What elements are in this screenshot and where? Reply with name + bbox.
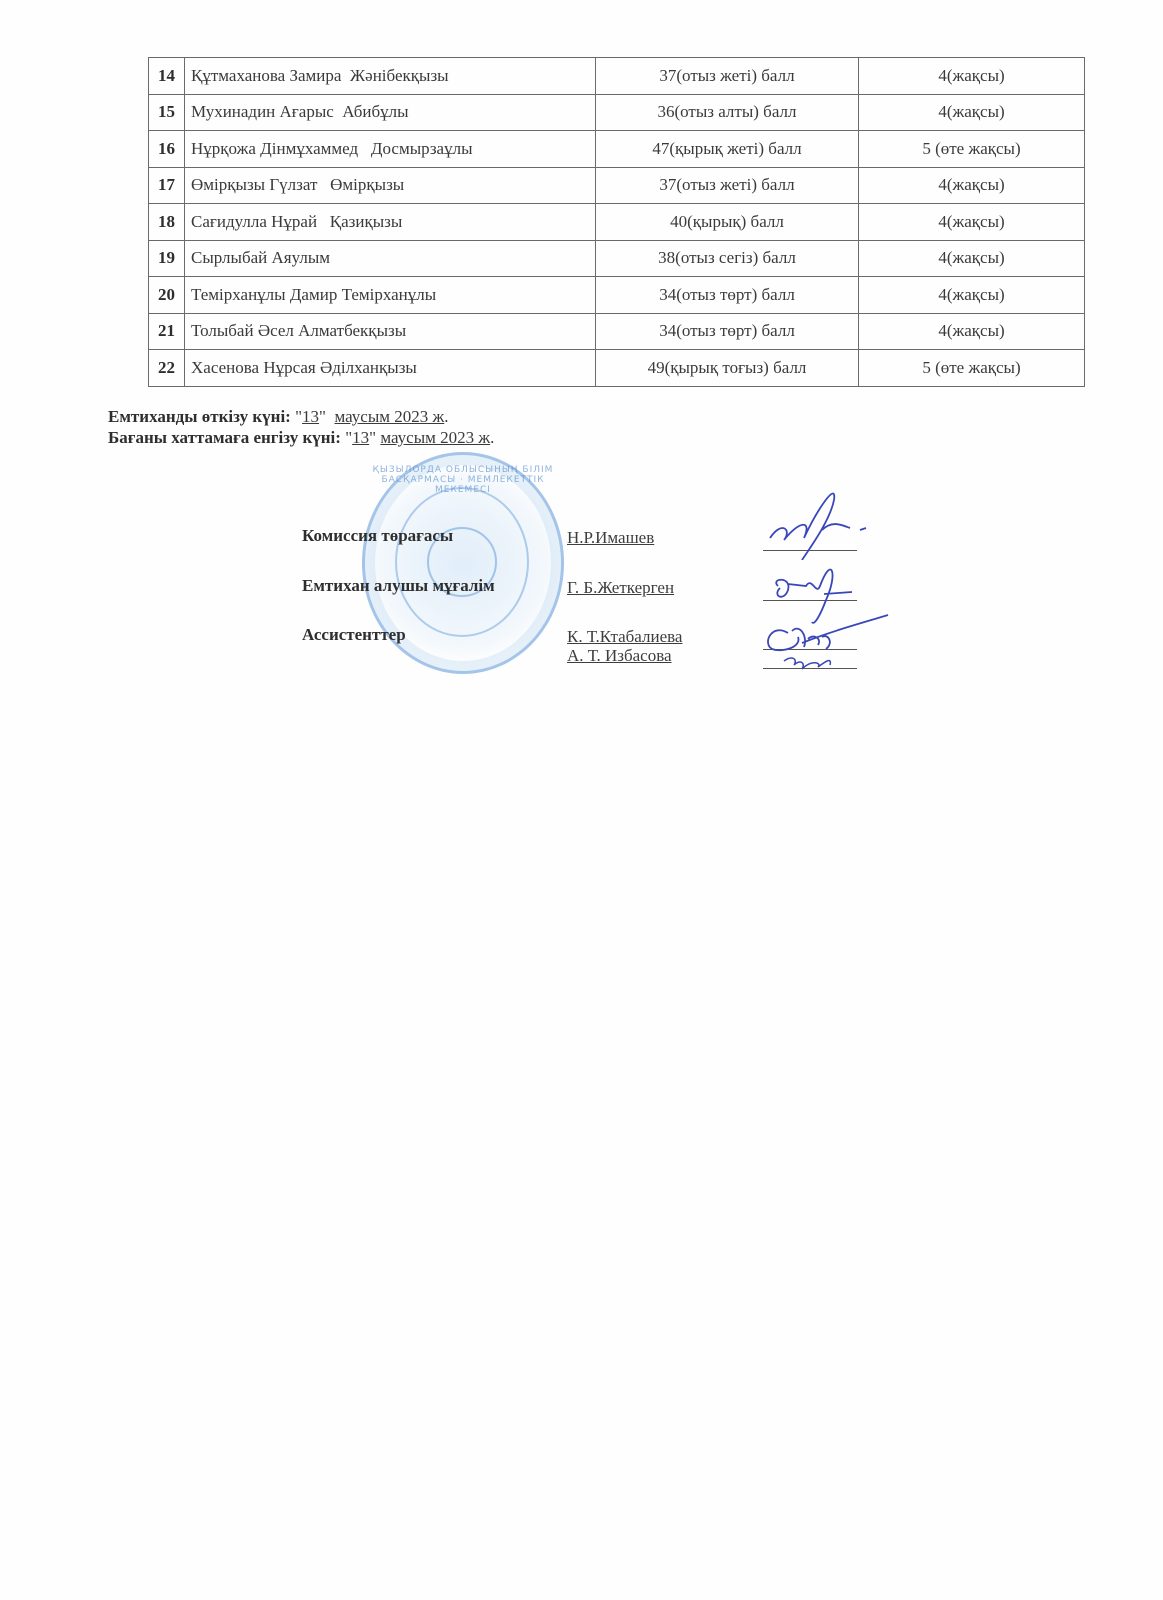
signature-role: Ассистенттер (302, 625, 406, 645)
dates-block: Емтиханды өткізу күні: "13" маусым 2023 … (108, 406, 494, 448)
signature-person: Г. Б.Жеткерген (567, 578, 674, 598)
table-row: 20Темірханұлы Дамир Темірханұлы34(отыз т… (149, 277, 1085, 314)
row-number: 14 (149, 58, 185, 95)
score-cell: 34(отыз төрт) балл (596, 277, 859, 314)
grade-cell: 4(жақсы) (859, 204, 1085, 241)
exam-date-month-year: маусым 2023 ж (334, 407, 444, 426)
signature-person: К. Т.Ктабалиева (567, 627, 682, 647)
signature-role: Комиссия төрағасы (302, 526, 453, 546)
student-name: Хасенова Нұрсая Әділханқызы (185, 350, 596, 387)
exam-date-label: Емтиханды өткізу күні: (108, 407, 291, 426)
signature-person: Н.Р.Имашев (567, 528, 654, 548)
grade-cell: 4(жақсы) (859, 240, 1085, 277)
grade-cell: 5 (өте жақсы) (859, 131, 1085, 168)
student-name: Толыбай Әсел Алматбекқызы (185, 313, 596, 350)
record-date-month-year: маусым 2023 ж (380, 428, 490, 447)
grade-cell: 5 (өте жақсы) (859, 350, 1085, 387)
score-cell: 34(отыз төрт) балл (596, 313, 859, 350)
row-number: 22 (149, 350, 185, 387)
score-cell: 38(отыз сегіз) балл (596, 240, 859, 277)
student-name: Сағидулла Нұрай Қазиқызы (185, 204, 596, 241)
handwritten-signature-icon (742, 490, 892, 560)
score-cell: 36(отыз алты) балл (596, 94, 859, 131)
row-number: 17 (149, 167, 185, 204)
table-row: 17Өмірқызы Гүлзат Өмірқызы37(отыз жеті) … (149, 167, 1085, 204)
grade-cell: 4(жақсы) (859, 94, 1085, 131)
table-row: 15Мухинадин Ағарыс Абибұлы36(отыз алты) … (149, 94, 1085, 131)
exam-date-line: Емтиханды өткізу күні: "13" маусым 2023 … (108, 406, 494, 427)
signature-role: Емтихан алушы мұғалім (302, 576, 495, 596)
grade-cell: 4(жақсы) (859, 58, 1085, 95)
record-date-day: 13 (352, 428, 369, 447)
student-name: Өмірқызы Гүлзат Өмірқызы (185, 167, 596, 204)
student-name: Темірханұлы Дамир Темірханұлы (185, 277, 596, 314)
exam-date-day: 13 (302, 407, 319, 426)
table-row: 16Нұрқожа Дінмұхаммед Досмырзаұлы47(қыры… (149, 131, 1085, 168)
handwritten-signature-icon (742, 603, 902, 683)
score-cell: 40(қырық) балл (596, 204, 859, 241)
row-number: 21 (149, 313, 185, 350)
student-name: Құтмаханова Замира Жәнібекқызы (185, 58, 596, 95)
student-name: Сырлыбай Аяулым (185, 240, 596, 277)
grades-table: 14Құтмаханова Замира Жәнібекқызы37(отыз … (148, 57, 1085, 387)
score-cell: 49(қырық тоғыз) балл (596, 350, 859, 387)
table-row: 19Сырлыбай Аяулым38(отыз сегіз) балл4(жа… (149, 240, 1085, 277)
table-row: 21Толыбай Әсел Алматбекқызы34(отыз төрт)… (149, 313, 1085, 350)
row-number: 18 (149, 204, 185, 241)
row-number: 19 (149, 240, 185, 277)
grade-cell: 4(жақсы) (859, 277, 1085, 314)
record-date-label: Бағаны хаттамаға енгізу күні: (108, 428, 341, 447)
score-cell: 37(отыз жеті) балл (596, 58, 859, 95)
record-date-line: Бағаны хаттамаға енгізу күні: "13" маусы… (108, 427, 494, 448)
signature-person-2: А. Т. Избасова (567, 646, 672, 666)
row-number: 15 (149, 94, 185, 131)
table-row: 18Сағидулла Нұрай Қазиқызы40(қырық) балл… (149, 204, 1085, 241)
student-name: Мухинадин Ағарыс Абибұлы (185, 94, 596, 131)
student-name: Нұрқожа Дінмұхаммед Досмырзаұлы (185, 131, 596, 168)
table-row: 22Хасенова Нұрсая Әділханқызы49(қырық то… (149, 350, 1085, 387)
grade-cell: 4(жақсы) (859, 167, 1085, 204)
row-number: 16 (149, 131, 185, 168)
grade-cell: 4(жақсы) (859, 313, 1085, 350)
score-cell: 37(отыз жеті) балл (596, 167, 859, 204)
row-number: 20 (149, 277, 185, 314)
table-row: 14Құтмаханова Замира Жәнібекқызы37(отыз … (149, 58, 1085, 95)
score-cell: 47(қырық жеті) балл (596, 131, 859, 168)
